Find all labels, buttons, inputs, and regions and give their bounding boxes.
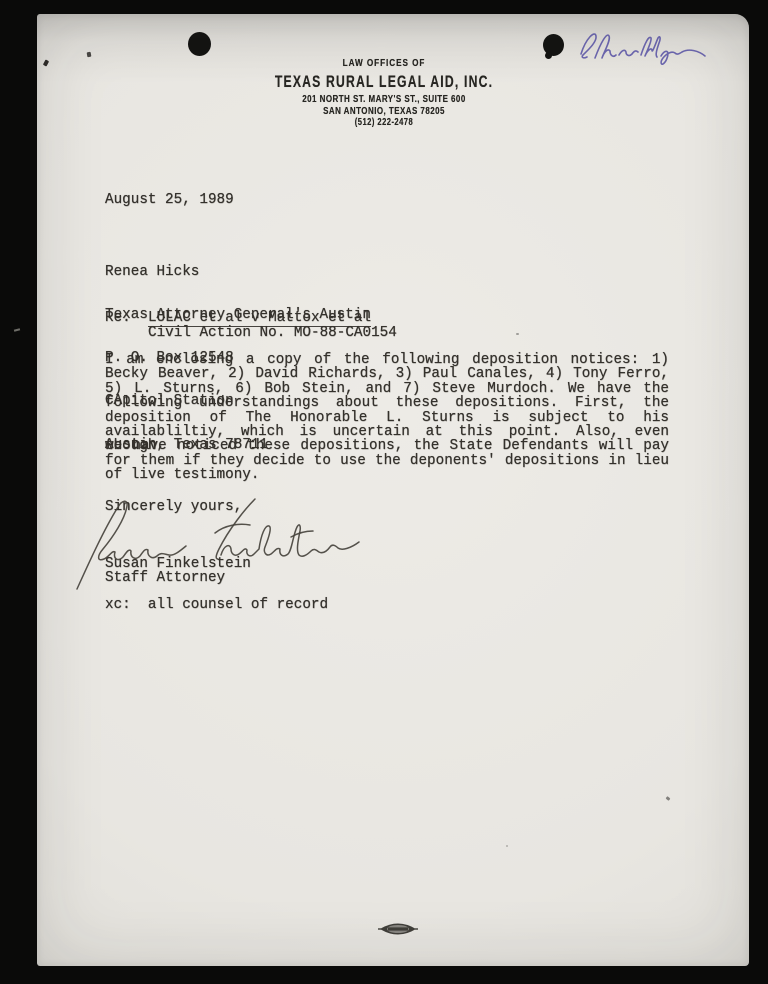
hole-punch-mark-left — [188, 32, 211, 56]
reference-label: Re: — [105, 311, 131, 325]
hole-punch-mark-right — [543, 34, 564, 56]
recipient-name: Renea Hicks — [105, 265, 371, 279]
body-line: we have noticed these depositions, the S… — [105, 439, 669, 453]
letterhead-address-line2: SAN ANTONIO, TEXAS 78205 — [113, 105, 654, 117]
letterhead-phone: (512) 222-2478 — [113, 117, 654, 129]
body-line: for them if they decide to use the depon… — [105, 454, 669, 468]
letterhead: LAW OFFICES OF TEXAS RURAL LEGAL AID, IN… — [28, 57, 740, 129]
handwritten-signature — [69, 493, 374, 605]
body-line: of live testimony. — [105, 468, 669, 482]
printers-union-bug — [378, 922, 418, 936]
scan-background: { "scan": { "colors": { "background": "#… — [0, 0, 768, 984]
body-line: Becky Beaver, 2) David Richards, 3) Paul… — [105, 367, 669, 381]
scan-speck — [87, 52, 92, 58]
letterhead-firm-name: TEXAS RURAL LEGAL AID, INC. — [121, 72, 648, 92]
letter-body-paragraph: I am enclosing a copy of the following d… — [105, 353, 669, 483]
scan-speck — [506, 845, 508, 847]
letter-date: August 25, 1989 — [105, 193, 234, 207]
scan-speck — [516, 333, 519, 335]
letterhead-office-line: LAW OFFICES OF — [106, 57, 661, 70]
scan-speck — [666, 796, 671, 801]
body-line: following understandings about these dep… — [105, 396, 669, 410]
body-line: deposition of The Honorable L. Sturns is… — [105, 411, 669, 425]
body-line: 5) L. Sturns, 6) Bob Stein, and 7) Steve… — [105, 382, 669, 396]
reference-case-number: Civil Action No. MO-88-CA0154 — [148, 326, 397, 340]
letterhead-address-line1: 201 NORTH ST. MARY'S ST., SUITE 600 — [113, 93, 654, 105]
document-page: LAW OFFICES OF TEXAS RURAL LEGAL AID, IN… — [37, 14, 749, 966]
scan-edge-mark — [14, 328, 20, 331]
